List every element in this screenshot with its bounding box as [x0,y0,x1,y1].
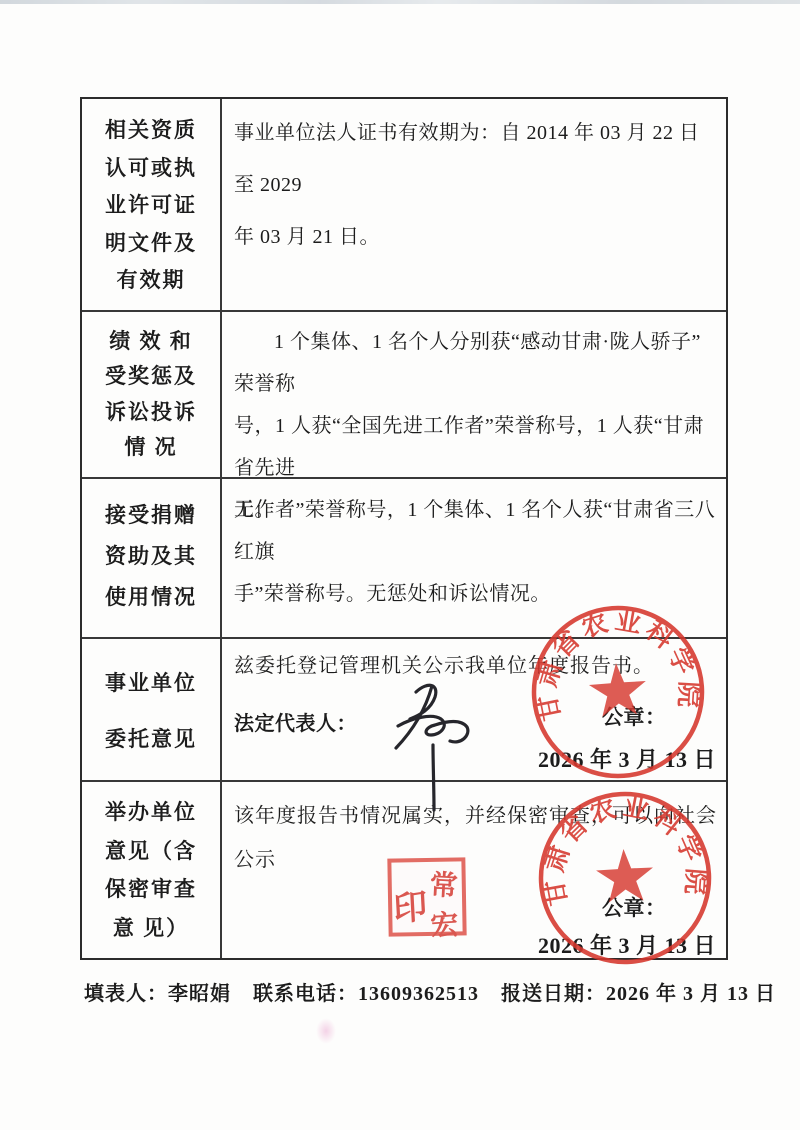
entrust-seal-date: 2026 年 3 月 13 日 [538,743,716,774]
label-line: 诉讼投诉 [105,396,197,426]
row-content-performance: 1 个集体、1 名个人分别获“感动甘肃·陇人骄子”荣誉称 号，1 人获“全国先进… [222,310,726,477]
content-line: 事业单位法人证书有效期为：自 2014 年 03 月 22 日至 2029 [234,107,714,211]
footer-phone: 联系电话：13609362513 [253,977,479,1006]
label-line: 业许可证 [105,189,197,219]
form-footer: 填表人：李昭娟 联系电话：13609362513 报送日期：2026 年 3 月… [84,977,764,1006]
row-label-donation: 接受捐赠 资助及其 使用情况 [82,477,222,637]
scan-artifact-smudge [316,1018,336,1044]
row-content-donation: 无。 [222,477,726,637]
report-table: 相关资质 认可或执 业许可证 明文件及 有效期 事业单位法人证书有效期为：自 2… [80,97,728,960]
footer-filler: 填表人：李昭娟 [84,977,231,1006]
row-label-qualification: 相关资质 认可或执 业许可证 明文件及 有效期 [82,99,222,310]
label-line: 情 况 [124,431,177,461]
scan-artifact-top-edge [0,0,800,4]
label-line: 使用情况 [105,581,197,611]
label-line: 举办单位 [105,796,197,826]
content-line: 无。 [234,489,714,531]
entrust-statement: 兹委托登记管理机关公示我单位年度报告书。 [234,649,654,678]
label-line: 受奖惩及 [105,360,197,390]
organizer-seal-date: 2026 年 3 月 13 日 [538,929,716,960]
label-line: 保密审查 [105,873,197,903]
label-line: 事业单位 [105,667,197,697]
row-content-entrust-opinion: 兹委托登记管理机关公示我单位年度报告书。 法定代表人： 公章： 2026 年 3… [222,637,726,780]
label-line: 明文件及 [105,227,197,257]
row-label-entrust-opinion: 事业单位 委托意见 [82,637,222,780]
legal-representative-label: 法定代表人： [234,707,357,736]
label-line: 绩 效 和 [109,325,193,355]
row-label-performance: 绩 效 和 受奖惩及 诉讼投诉 情 况 [82,310,222,477]
official-seal-label: 公章： [602,701,667,731]
label-line: 相关资质 [105,114,197,144]
footer-report-date: 报送日期：2026 年 3 月 13 日 [501,977,776,1006]
label-line: 资助及其 [105,540,197,570]
annual-report-page: 相关资质 认可或执 业许可证 明文件及 有效期 事业单位法人证书有效期为：自 2… [0,0,800,1130]
label-line: 认可或执 [105,152,197,182]
label-line: 意 见） [113,912,189,942]
official-seal-label: 公章： [602,892,667,922]
label-line: 意见（含 [105,835,197,865]
content-line: 1 个集体、1 名个人分别获“感动甘肃·陇人骄子”荣誉称 [234,321,716,405]
label-line: 委托意见 [105,723,197,753]
row-content-qualification: 事业单位法人证书有效期为：自 2014 年 03 月 22 日至 2029 年 … [222,99,726,310]
row-content-organizer-opinion: 该年度报告书情况属实，并经保密审查，可以向社会公示 公章： 2026 年 3 月… [222,780,726,958]
content-line: 年 03 月 21 日。 [234,211,714,263]
organizer-statement: 该年度报告书情况属实，并经保密审查，可以向社会公示 [234,794,720,882]
label-line: 接受捐赠 [105,499,197,529]
label-line: 有效期 [117,264,186,294]
row-label-organizer-opinion: 举办单位 意见（含 保密审查 意 见） [82,780,222,958]
